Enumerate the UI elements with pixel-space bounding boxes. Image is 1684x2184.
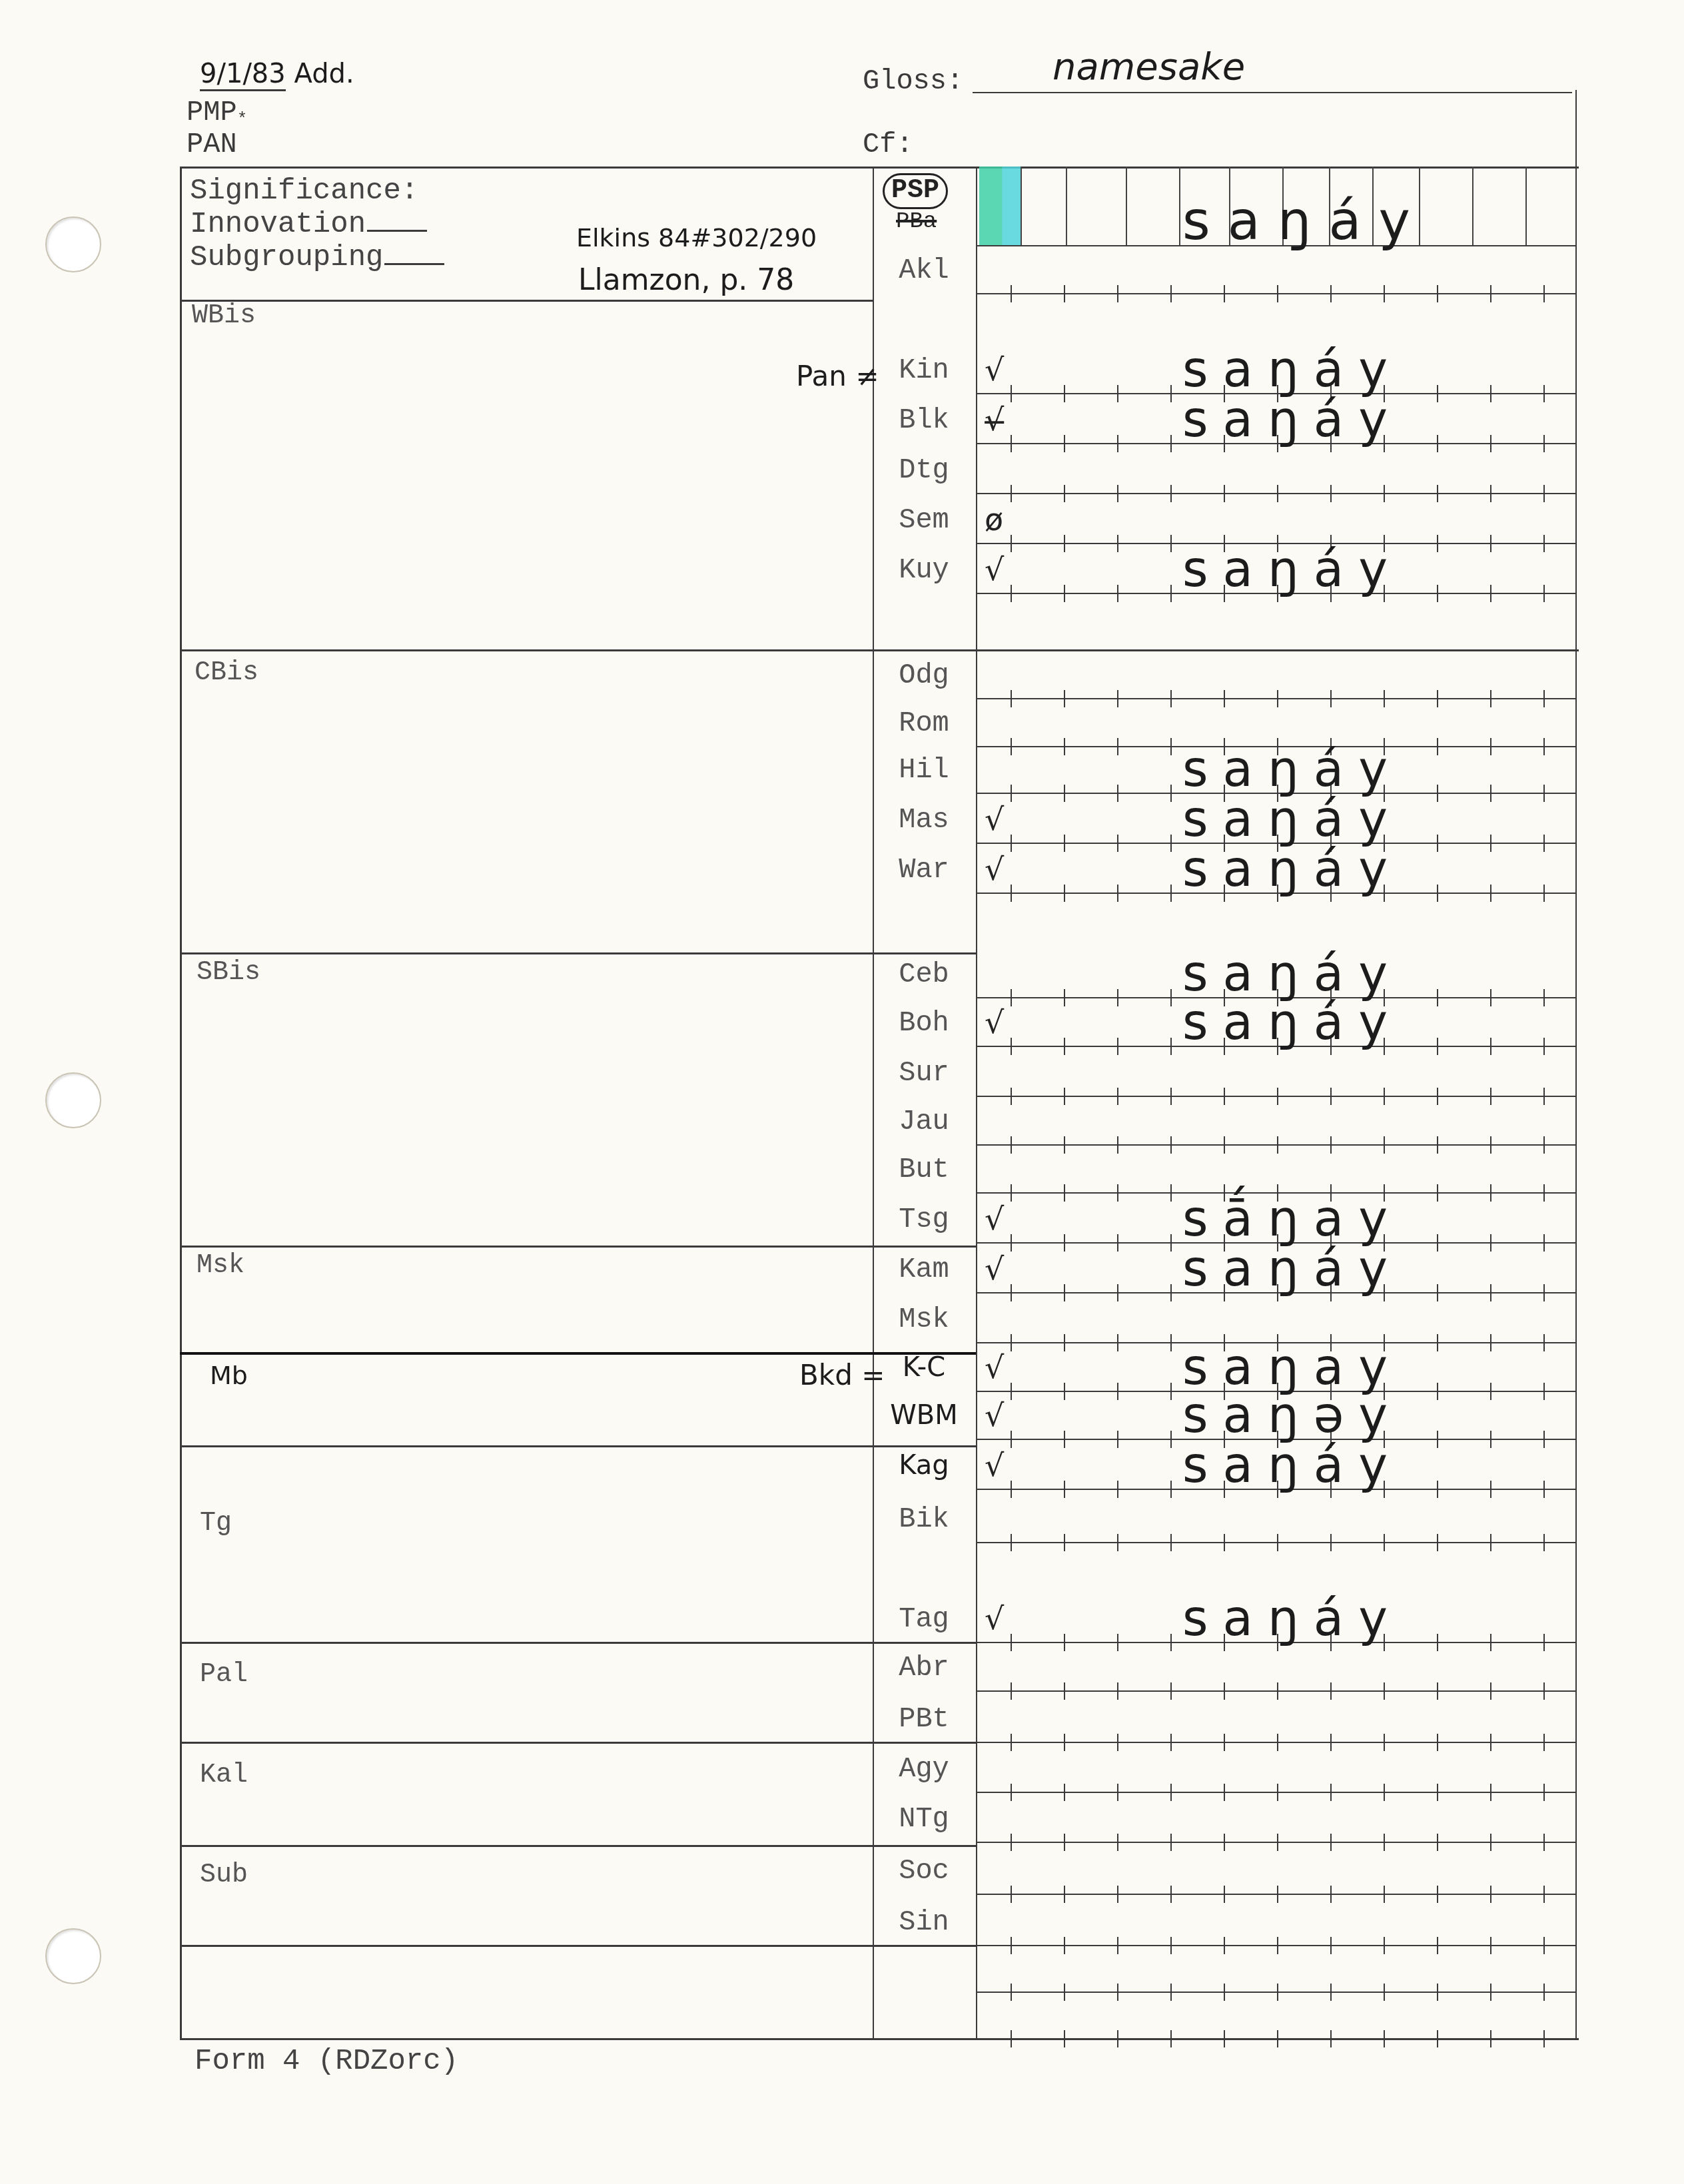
row-tick xyxy=(1543,1088,1545,1105)
row-tick xyxy=(1064,1784,1065,1801)
row-tick xyxy=(1064,1234,1065,1252)
row-tick xyxy=(1330,1984,1332,2001)
row-tick xyxy=(1437,1234,1438,1252)
protoform-highlight xyxy=(979,167,1021,246)
row-tick xyxy=(1064,785,1065,802)
row-tick xyxy=(1011,2030,1012,2047)
row-tick xyxy=(1490,885,1491,902)
row-tick xyxy=(1064,1534,1065,1551)
section-tg: Tg xyxy=(200,1509,232,1539)
row-tick xyxy=(1490,785,1491,802)
row-tick xyxy=(1011,1184,1012,1202)
checkmark-icon: √ xyxy=(985,1349,1004,1385)
row-tick xyxy=(1011,1984,1012,2001)
row-tick xyxy=(1543,1886,1545,1903)
protoform-cell-divider xyxy=(1525,167,1527,246)
row-tick xyxy=(1543,1038,1545,1055)
row-tick xyxy=(1064,1038,1065,1055)
reflex-form: saŋáy xyxy=(1182,341,1402,398)
row-tick xyxy=(1117,585,1118,602)
row-rule xyxy=(977,1792,1575,1793)
row-tick xyxy=(1170,1431,1172,1448)
row-tick xyxy=(1490,738,1491,755)
row-tick xyxy=(1011,1481,1012,1498)
language-label: Rom xyxy=(874,707,974,739)
source-elkins: Elkins 84#302/290 xyxy=(576,223,817,252)
row-tick xyxy=(1490,1383,1491,1400)
row-tick xyxy=(1117,1937,1118,1954)
row-tick xyxy=(1011,1383,1012,1400)
language-label: NTg xyxy=(874,1803,974,1835)
language-label: PBt xyxy=(874,1703,974,1735)
row-tick xyxy=(1437,1834,1438,1851)
row-tick xyxy=(1064,1136,1065,1154)
row-tick xyxy=(1011,1937,1012,1954)
row-tick xyxy=(1011,1234,1012,1252)
row-rule xyxy=(977,493,1575,494)
row-tick xyxy=(1170,1136,1172,1154)
reflex-form: saŋáy xyxy=(1182,741,1402,798)
divider-cbis-sbis xyxy=(180,952,976,954)
row-tick xyxy=(1011,1038,1012,1055)
row-tick xyxy=(1170,1682,1172,1700)
row-tick xyxy=(1543,1136,1545,1154)
row-tick xyxy=(1543,1984,1545,2001)
language-label: Kag xyxy=(874,1450,974,1481)
row-tick xyxy=(1064,738,1065,755)
row-tick xyxy=(1490,1834,1491,1851)
row-tick xyxy=(1064,1634,1065,1651)
row-tick xyxy=(1011,1682,1012,1700)
row-tick xyxy=(1170,1534,1172,1551)
row-tick xyxy=(1011,535,1012,552)
row-tick xyxy=(1011,1136,1012,1154)
row-tick xyxy=(1170,1834,1172,1851)
date: 9/1/83 xyxy=(200,59,286,91)
language-label: Kam xyxy=(874,1254,974,1285)
checkmark-icon: √ xyxy=(985,1201,1004,1237)
gloss-underline xyxy=(973,92,1572,93)
row-tick xyxy=(1011,1634,1012,1651)
row-tick xyxy=(1490,1088,1491,1105)
reflex-form: saŋáy xyxy=(1182,841,1402,898)
row-tick xyxy=(1277,1984,1278,2001)
row-tick xyxy=(1330,2030,1332,2047)
row-tick xyxy=(1170,1334,1172,1351)
row-tick xyxy=(1011,1784,1012,1801)
row-tick xyxy=(1437,1334,1438,1351)
row-tick xyxy=(1543,1834,1545,1851)
language-label: Sin xyxy=(874,1906,974,1938)
checkmark-icon: √ xyxy=(985,851,1004,887)
row-tick xyxy=(1117,485,1118,502)
language-label: Sur xyxy=(874,1057,974,1089)
row-tick xyxy=(1064,1937,1065,1954)
row-tick xyxy=(1011,485,1012,502)
row-tick xyxy=(1543,738,1545,755)
row-tick xyxy=(1384,1136,1385,1154)
row-tick xyxy=(1437,1383,1438,1400)
checkmark-icon: √̶ xyxy=(985,402,1004,438)
psp-badge: PSP xyxy=(883,173,948,209)
row-tick xyxy=(1330,485,1332,502)
row-tick xyxy=(1277,1886,1278,1903)
row-tick xyxy=(1330,1682,1332,1700)
row-tick xyxy=(1543,435,1545,452)
row-tick xyxy=(1437,785,1438,802)
row-tick xyxy=(1384,1984,1385,2001)
row-tick xyxy=(1117,285,1118,302)
row-tick xyxy=(1543,585,1545,602)
protoform-value: saŋáy xyxy=(1182,190,1428,252)
row-tick xyxy=(1011,1534,1012,1551)
row-tick xyxy=(1543,1481,1545,1498)
row-tick xyxy=(1490,435,1491,452)
protoform-cell-divider xyxy=(1126,167,1127,246)
row-tick xyxy=(1064,1481,1065,1498)
language-column-divider xyxy=(976,167,977,2038)
row-tick xyxy=(1277,1534,1278,1551)
row-tick xyxy=(1011,690,1012,707)
divider-sub-blank xyxy=(180,1945,976,1947)
row-tick xyxy=(1064,1682,1065,1700)
row-tick xyxy=(1224,485,1225,502)
row-tick xyxy=(1170,485,1172,502)
row-tick xyxy=(1277,2030,1278,2047)
language-label: Soc xyxy=(874,1855,974,1887)
row-tick xyxy=(1490,285,1491,302)
row-tick xyxy=(1543,385,1545,402)
row-tick xyxy=(1011,989,1012,1006)
row-rule xyxy=(977,1894,1575,1895)
row-tick xyxy=(1490,1634,1491,1651)
row-tick xyxy=(1490,1784,1491,1801)
row-tick xyxy=(1543,1284,1545,1301)
row-tick xyxy=(1064,385,1065,402)
row-tick xyxy=(1117,989,1118,1006)
pba-struck-label: PBa xyxy=(896,209,937,234)
language-label: Sem xyxy=(874,504,974,536)
row-tick xyxy=(1117,1334,1118,1351)
row-tick xyxy=(1064,1184,1065,1202)
row-tick xyxy=(1170,1234,1172,1252)
language-label: Agy xyxy=(874,1753,974,1785)
protoform-cell-divider xyxy=(1066,167,1067,246)
checkmark-icon: √ xyxy=(985,352,1004,388)
row-tick xyxy=(1170,1734,1172,1751)
punch-hole-middle xyxy=(45,1072,101,1128)
row-tick xyxy=(1224,1534,1225,1551)
language-label: Boh xyxy=(874,1007,974,1039)
row-tick xyxy=(1330,1734,1332,1751)
checkmark-icon: √ xyxy=(985,1251,1004,1287)
row-tick xyxy=(1064,1284,1065,1301)
row-tick xyxy=(1117,885,1118,902)
date-note: Add. xyxy=(294,59,354,89)
row-tick xyxy=(1170,1634,1172,1651)
row-tick xyxy=(1490,1431,1491,1448)
row-tick xyxy=(1490,1481,1491,1498)
row-tick xyxy=(1064,1734,1065,1751)
divider-pal-kal xyxy=(180,1742,976,1744)
row-tick xyxy=(1543,2030,1545,2047)
row-tick xyxy=(1170,1984,1172,2001)
pmp-marker: * xyxy=(237,109,248,129)
row-tick xyxy=(1011,885,1012,902)
row-tick xyxy=(1437,1431,1438,1448)
row-tick xyxy=(1330,1136,1332,1154)
row-tick xyxy=(1490,585,1491,602)
row-tick xyxy=(1384,1937,1385,1954)
row-tick xyxy=(1437,738,1438,755)
reflex-form: saŋáy xyxy=(1182,1240,1402,1297)
row-tick xyxy=(1437,1184,1438,1202)
row-tick xyxy=(1490,1682,1491,1700)
row-tick xyxy=(1437,1886,1438,1903)
row-tick xyxy=(1277,1784,1278,1801)
row-tick xyxy=(1224,1136,1225,1154)
row-tick xyxy=(1543,1937,1545,1954)
row-tick xyxy=(1330,285,1332,302)
row-tick xyxy=(1437,535,1438,552)
row-tick xyxy=(1277,1834,1278,1851)
punch-hole-top xyxy=(45,216,101,272)
row-tick xyxy=(1117,1984,1118,2001)
subgrouping-field: Subgrouping xyxy=(190,241,444,274)
row-tick xyxy=(1064,1984,1065,2001)
row-tick xyxy=(1064,1088,1065,1105)
row-rule xyxy=(977,1144,1575,1146)
row-tick xyxy=(1490,535,1491,552)
reflex-form: saŋáy xyxy=(1182,791,1402,848)
row-tick xyxy=(1384,1734,1385,1751)
divider-mb-tg xyxy=(180,1445,976,1447)
row-tick xyxy=(1011,835,1012,852)
row-tick xyxy=(1543,1184,1545,1202)
row-tick xyxy=(1490,1136,1491,1154)
language-label: Kin xyxy=(874,354,974,386)
row-tick xyxy=(1117,1088,1118,1105)
row-tick xyxy=(1330,1534,1332,1551)
row-tick xyxy=(1170,1284,1172,1301)
checkmark-icon: √ xyxy=(985,1601,1004,1637)
row-tick xyxy=(1064,585,1065,602)
language-label: Kuy xyxy=(874,554,974,586)
annotation-bkd-kc: Bkd = xyxy=(799,1359,885,1391)
row-tick xyxy=(1490,989,1491,1006)
row-tick xyxy=(1064,690,1065,707)
language-label: Odg xyxy=(874,659,974,691)
row-tick xyxy=(1064,435,1065,452)
row-tick xyxy=(1170,1784,1172,1801)
row-tick xyxy=(1490,385,1491,402)
row-tick xyxy=(1170,1481,1172,1498)
checkmark-icon: √ xyxy=(985,551,1004,587)
row-rule xyxy=(977,1842,1575,1843)
protoform-cell-divider xyxy=(1021,167,1022,246)
row-tick xyxy=(1543,285,1545,302)
row-tick xyxy=(1224,1088,1225,1105)
row-tick xyxy=(1011,1734,1012,1751)
row-tick xyxy=(1011,385,1012,402)
row-tick xyxy=(1437,285,1438,302)
row-tick xyxy=(1543,1634,1545,1651)
punch-hole-bottom xyxy=(45,1928,101,1984)
row-tick xyxy=(1117,1136,1118,1154)
row-tick xyxy=(1011,1284,1012,1301)
row-tick xyxy=(1330,1937,1332,1954)
row-tick xyxy=(1543,535,1545,552)
row-tick xyxy=(1384,1088,1385,1105)
reflex-form: saŋáy xyxy=(1182,541,1402,598)
reflex-form: saŋáy xyxy=(1182,994,1402,1051)
language-label: Jau xyxy=(874,1106,974,1138)
row-tick xyxy=(1224,1834,1225,1851)
row-tick xyxy=(1117,1284,1118,1301)
protoform-cell-divider xyxy=(1179,167,1180,246)
annotation-pan-kin: Pan ≠ xyxy=(796,360,879,392)
reflex-form: saŋáy xyxy=(1182,391,1402,448)
language-label: Ceb xyxy=(874,958,974,990)
row-tick xyxy=(1170,1088,1172,1105)
row-tick xyxy=(1490,485,1491,502)
row-tick xyxy=(1011,1886,1012,1903)
section-kal: Kal xyxy=(200,1760,248,1790)
row-tick xyxy=(1064,885,1065,902)
row-tick xyxy=(1330,1834,1332,1851)
row-tick xyxy=(1490,1937,1491,1954)
row-tick xyxy=(1437,1534,1438,1551)
row-tick xyxy=(1117,2030,1118,2047)
section-mb: Mb xyxy=(210,1361,248,1390)
row-tick xyxy=(1170,385,1172,402)
row-tick xyxy=(1064,535,1065,552)
language-label: But xyxy=(874,1154,974,1186)
row-tick xyxy=(1330,690,1332,707)
row-tick xyxy=(1277,485,1278,502)
row-tick xyxy=(1384,1834,1385,1851)
row-tick xyxy=(1117,535,1118,552)
language-label: WBM xyxy=(874,1400,974,1431)
row-tick xyxy=(1170,2030,1172,2047)
row-tick xyxy=(1170,885,1172,902)
row-tick xyxy=(1117,1184,1118,1202)
row-tick xyxy=(1437,1088,1438,1105)
language-label: K-C xyxy=(874,1352,974,1383)
row-tick xyxy=(1437,1136,1438,1154)
row-tick xyxy=(1117,1481,1118,1498)
row-tick xyxy=(1117,435,1118,452)
row-tick xyxy=(1117,1734,1118,1751)
row-tick xyxy=(1224,1984,1225,2001)
row-tick xyxy=(1543,1734,1545,1751)
table-top-border xyxy=(180,167,1579,169)
row-tick xyxy=(1224,1682,1225,1700)
row-tick xyxy=(1543,1234,1545,1252)
row-tick xyxy=(1384,1886,1385,1903)
language-label: Akl xyxy=(874,254,974,286)
reflex-form: saŋáy xyxy=(1182,1590,1402,1647)
row-tick xyxy=(1543,885,1545,902)
innovation-field: Innovation xyxy=(190,208,444,241)
section-sub: Sub xyxy=(200,1860,248,1890)
checkmark-icon: √ xyxy=(985,1397,1004,1433)
row-tick xyxy=(1011,738,1012,755)
row-tick xyxy=(1117,690,1118,707)
row-tick xyxy=(1170,738,1172,755)
row-tick xyxy=(1011,285,1012,302)
row-tick xyxy=(1117,1431,1118,1448)
row-rule xyxy=(977,698,1575,699)
row-tick xyxy=(1224,1784,1225,1801)
source-llamzon: Llamzon, p. 78 xyxy=(578,263,794,297)
row-tick xyxy=(1117,1834,1118,1851)
row-tick xyxy=(1543,1334,1545,1351)
row-tick xyxy=(1277,1088,1278,1105)
blank-row-rule xyxy=(977,2038,1575,2039)
row-tick xyxy=(1543,1383,1545,1400)
row-tick xyxy=(1064,1886,1065,1903)
row-tick xyxy=(1437,585,1438,602)
row-tick xyxy=(1437,1682,1438,1700)
language-label: Blk xyxy=(874,404,974,436)
row-tick xyxy=(1117,835,1118,852)
row-tick xyxy=(1011,1088,1012,1105)
row-tick xyxy=(1011,585,1012,602)
row-tick xyxy=(1170,835,1172,852)
row-tick xyxy=(1170,989,1172,1006)
row-tick xyxy=(1437,385,1438,402)
row-tick xyxy=(1117,1634,1118,1651)
language-label: Hil xyxy=(874,754,974,786)
row-tick xyxy=(1170,285,1172,302)
language-label: Dtg xyxy=(874,454,974,486)
row-tick xyxy=(1490,2030,1491,2047)
row-tick xyxy=(1170,1184,1172,1202)
row-rule xyxy=(977,1096,1575,1097)
row-rule xyxy=(977,1542,1575,1543)
row-tick xyxy=(1384,2030,1385,2047)
row-rule xyxy=(977,1742,1575,1743)
row-tick xyxy=(1117,1682,1118,1700)
checkmark-icon: √ xyxy=(985,801,1004,837)
row-tick xyxy=(1437,1784,1438,1801)
section-sbis: SBis xyxy=(197,958,260,988)
right-border xyxy=(1575,90,1577,2038)
divider-wbis-cbis xyxy=(180,649,1579,651)
row-tick xyxy=(1543,989,1545,1006)
row-tick xyxy=(1224,2030,1225,2047)
row-tick xyxy=(1170,785,1172,802)
row-tick xyxy=(1384,485,1385,502)
row-tick xyxy=(1437,1984,1438,2001)
row-tick xyxy=(1437,835,1438,852)
row-tick xyxy=(1490,690,1491,707)
row-tick xyxy=(1170,1886,1172,1903)
row-tick xyxy=(1330,1784,1332,1801)
row-tick xyxy=(1384,1682,1385,1700)
row-tick xyxy=(1064,835,1065,852)
row-tick xyxy=(1490,1534,1491,1551)
language-label: Tsg xyxy=(874,1204,974,1236)
null-mark-icon: ø xyxy=(985,502,1003,538)
row-tick xyxy=(1170,1937,1172,1954)
row-tick xyxy=(1277,1937,1278,1954)
row-tick xyxy=(1543,485,1545,502)
row-tick xyxy=(1117,1784,1118,1801)
row-tick xyxy=(1437,1734,1438,1751)
row-tick xyxy=(1437,1937,1438,1954)
